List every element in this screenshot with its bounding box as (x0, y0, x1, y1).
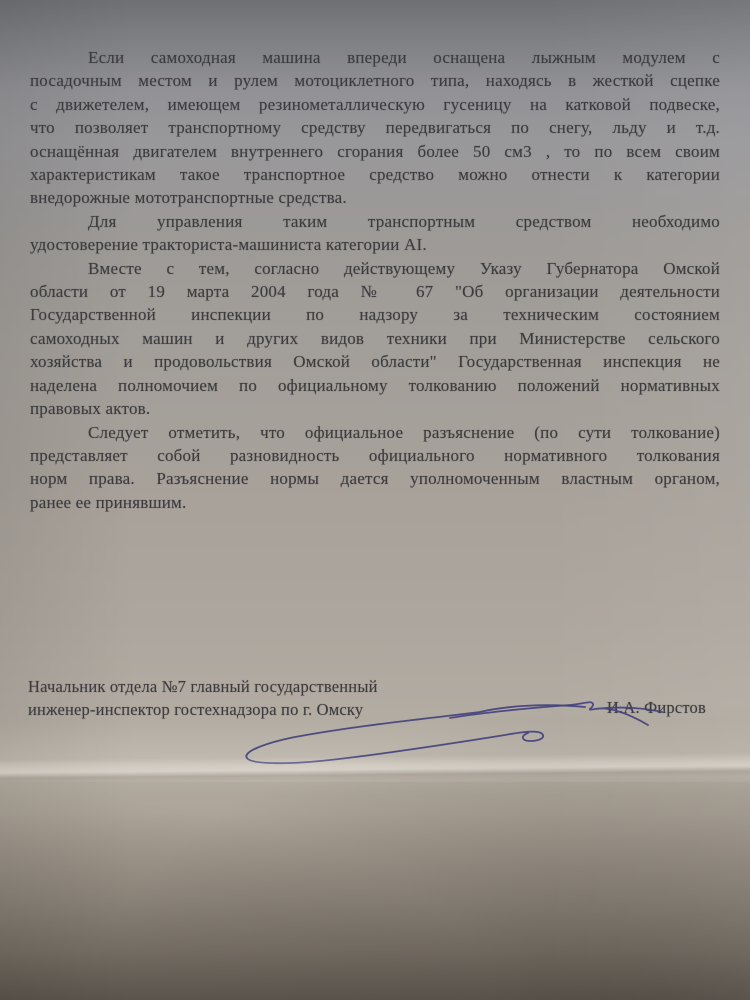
text-line: Если самоходная машина впереди оснащена … (30, 46, 720, 69)
text-line: хозяйства и продовольствия Омской област… (30, 350, 720, 373)
signature-stroke-flourish (450, 702, 662, 725)
paragraph: Вместе с тем, согласно действующему Указ… (30, 257, 720, 421)
text-line: удостоверение тракториста-машиниста кате… (30, 233, 720, 256)
text-line: Следует отметить, что официальное разъяс… (30, 421, 720, 444)
paragraph: Для управления таким транспортным средст… (30, 210, 720, 257)
text-line: области от 19 марта 2004 года № 67 "Об о… (30, 280, 720, 303)
text-line: что позволяет транспортному средству пер… (30, 116, 720, 139)
text-line: с движетелем, имеющем резинометаллическу… (30, 93, 720, 116)
text-line: характеристикам такое транспортное средс… (30, 163, 720, 186)
text-line: представляет собой разновидность официал… (30, 444, 720, 467)
paragraph: Следует отметить, что официальное разъяс… (30, 421, 720, 515)
text-line: оснащённая двигателем внутреннего сгоран… (30, 140, 720, 163)
text-line: ранее ее принявшим. (30, 491, 720, 514)
text-line: посадочным местом и рулем мотоциклетного… (30, 69, 720, 92)
paragraph: Если самоходная машина впереди оснащена … (30, 46, 720, 210)
text-line: Вместе с тем, согласно действующему Указ… (30, 257, 720, 280)
text-line: правовых актов. (30, 397, 720, 420)
document-body: Если самоходная машина впереди оснащена … (30, 46, 720, 514)
document-photo: Если самоходная машина впереди оснащена … (0, 0, 750, 1000)
text-line: самоходных машин и других видов техники … (30, 327, 720, 350)
fold-shadow (0, 782, 750, 812)
text-line: внедорожные мототранспортные средства. (30, 186, 720, 209)
text-line: Государственной инспекции по надзору за … (30, 303, 720, 326)
text-line: Для управления таким транспортным средст… (30, 210, 720, 233)
text-line: норм права. Разъяснение нормы дается упо… (30, 467, 720, 490)
text-line: наделена полномочием по официальному тол… (30, 374, 720, 397)
